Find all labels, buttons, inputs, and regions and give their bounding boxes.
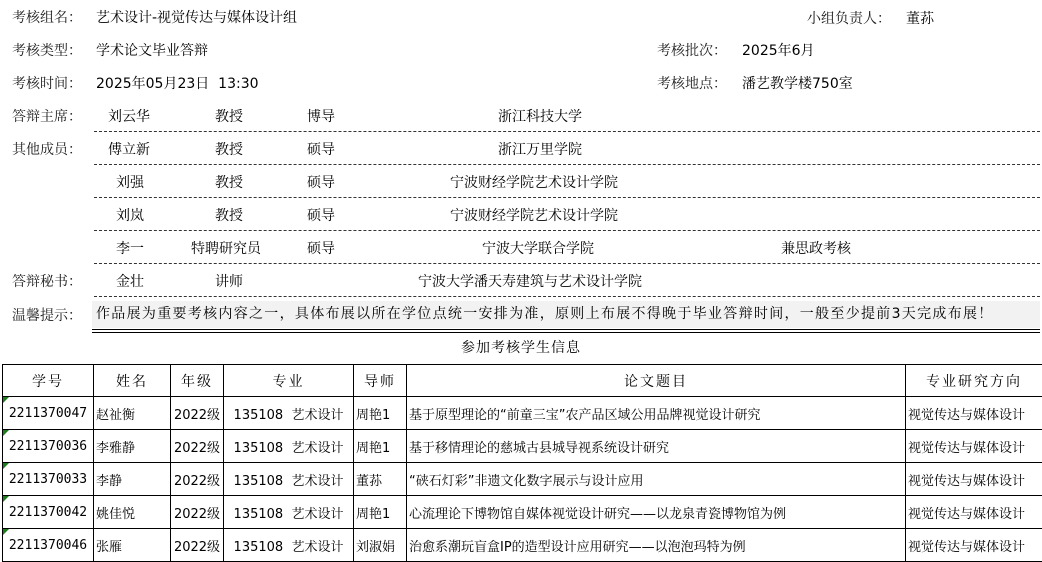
comment-marker-icon bbox=[3, 397, 9, 403]
member-supervisor: 硕导 bbox=[307, 239, 335, 259]
students-table-caption: 参加考核学生信息 bbox=[0, 338, 1042, 358]
col-header-title[interactable]: 论文题目 bbox=[407, 365, 906, 397]
table-header-row: 学号 姓名 年级 专业 导师 论文题目 专业研究方向 bbox=[3, 365, 1042, 397]
cell-student-name[interactable]: 赵祉衡 bbox=[94, 397, 171, 430]
member-title: 教授 bbox=[215, 140, 243, 160]
type-label: 考核类型： bbox=[12, 41, 82, 61]
tip-label: 温馨提示： bbox=[12, 306, 82, 326]
cell-thesis-title[interactable]: 治愈系潮玩盲盒IP的造型设计应用研究——以泡泡玛特为例 bbox=[407, 529, 906, 562]
member-supervisor: 硕导 bbox=[307, 173, 335, 193]
cell-direction[interactable]: 视觉传达与媒体设计 bbox=[906, 430, 1042, 463]
member-note: 兼思政考核 bbox=[781, 239, 851, 259]
member-supervisor: 硕导 bbox=[307, 206, 335, 226]
cell-thesis-title[interactable]: “硖石灯彩”非遗文化数字展示与设计应用 bbox=[407, 463, 906, 496]
cell-grade[interactable]: 2022级 bbox=[171, 496, 224, 529]
cell-advisor[interactable]: 刘淑娟 bbox=[354, 529, 407, 562]
time-value: 2025年05月23日 13:30 bbox=[96, 74, 259, 94]
cell-student-name[interactable]: 姚佳悦 bbox=[94, 496, 171, 529]
cell-direction[interactable]: 视觉传达与媒体设计 bbox=[906, 529, 1042, 562]
cell-major[interactable]: 135108 艺术设计 bbox=[224, 397, 354, 430]
member-org: 浙江万里学院 bbox=[498, 140, 582, 160]
member-title: 教授 bbox=[215, 173, 243, 193]
cell-major[interactable]: 135108 艺术设计 bbox=[224, 430, 354, 463]
cell-student-id[interactable]: 2211370033 bbox=[3, 463, 94, 496]
comment-marker-icon bbox=[3, 529, 9, 535]
member-org: 宁波财经学院艺术设计学院 bbox=[450, 173, 618, 193]
cell-major[interactable]: 135108 艺术设计 bbox=[224, 463, 354, 496]
cell-advisor[interactable]: 周艳1 bbox=[354, 496, 407, 529]
member-title: 教授 bbox=[215, 107, 243, 127]
batch-value: 2025年6月 bbox=[742, 41, 815, 61]
cell-direction[interactable]: 视觉传达与媒体设计 bbox=[906, 463, 1042, 496]
col-header-advisor[interactable]: 导师 bbox=[354, 365, 407, 397]
cell-student-id[interactable]: 2211370042 bbox=[3, 496, 94, 529]
cell-student-name[interactable]: 李静 bbox=[94, 463, 171, 496]
cell-major[interactable]: 135108 艺术设计 bbox=[224, 529, 354, 562]
comment-marker-icon bbox=[3, 463, 9, 469]
member-name: 刘强 bbox=[116, 173, 144, 193]
table-row: 2211370046 张雁 2022级 135108 艺术设计 刘淑娟 治愈系潮… bbox=[3, 529, 1042, 562]
member-name: 李一 bbox=[116, 239, 144, 259]
cell-major[interactable]: 135108 艺术设计 bbox=[224, 496, 354, 529]
place-value: 潘艺教学楼750室 bbox=[742, 74, 853, 94]
place-label: 考核地点： bbox=[657, 74, 727, 94]
col-header-major[interactable]: 专业 bbox=[224, 365, 354, 397]
type-value: 学术论文毕业答辩 bbox=[96, 41, 208, 61]
secretary-name: 金壮 bbox=[116, 272, 144, 292]
dashed-divider bbox=[94, 296, 1040, 297]
cell-grade[interactable]: 2022级 bbox=[171, 529, 224, 562]
cell-direction[interactable]: 视觉传达与媒体设计 bbox=[906, 397, 1042, 430]
group-label: 考核组名： bbox=[12, 8, 82, 28]
batch-label: 考核批次： bbox=[657, 41, 727, 61]
dashed-divider bbox=[94, 230, 1040, 231]
col-header-name[interactable]: 姓名 bbox=[94, 365, 171, 397]
table-row: 2211370042 姚佳悦 2022级 135108 艺术设计 周艳1 心流理… bbox=[3, 496, 1042, 529]
time-label: 考核时间： bbox=[12, 74, 82, 94]
col-header-id[interactable]: 学号 bbox=[3, 365, 94, 397]
member-name: 刘云华 bbox=[108, 107, 150, 127]
tip-text: 作品展为重要考核内容之一，具体布展以所在学位点统一安排为准，原则上布展不得晚于毕… bbox=[96, 303, 994, 325]
secretary-title: 讲师 bbox=[215, 272, 243, 292]
dashed-divider bbox=[94, 263, 1040, 264]
member-org: 浙江科技大学 bbox=[498, 107, 582, 127]
table-row: 2211370036 李雅静 2022级 135108 艺术设计 周艳1 基于移… bbox=[3, 430, 1042, 463]
member-title: 特聘研究员 bbox=[191, 239, 261, 259]
col-header-direction[interactable]: 专业研究方向 bbox=[906, 365, 1042, 397]
member-supervisor: 硕导 bbox=[307, 140, 335, 160]
member-name: 刘岚 bbox=[116, 206, 144, 226]
cell-advisor[interactable]: 周艳1 bbox=[354, 430, 407, 463]
chair-label: 答辩主席： bbox=[12, 107, 82, 127]
double-rule-divider bbox=[92, 329, 1040, 333]
table-row: 2211370047 赵祉衡 2022级 135108 艺术设计 周艳1 基于原… bbox=[3, 397, 1042, 430]
member-name: 傅立新 bbox=[108, 140, 150, 160]
group-value: 艺术设计-视觉传达与媒体设计组 bbox=[96, 8, 297, 28]
dashed-divider bbox=[94, 197, 1040, 198]
member-title: 教授 bbox=[215, 206, 243, 226]
cell-student-name[interactable]: 李雅静 bbox=[94, 430, 171, 463]
cell-grade[interactable]: 2022级 bbox=[171, 463, 224, 496]
cell-student-id[interactable]: 2211370046 bbox=[3, 529, 94, 562]
cell-student-id[interactable]: 2211370047 bbox=[3, 397, 94, 430]
cell-thesis-title[interactable]: 心流理论下博物馆自媒体视觉设计研究——以龙泉青瓷博物馆为例 bbox=[407, 496, 906, 529]
cell-grade[interactable]: 2022级 bbox=[171, 430, 224, 463]
cell-grade[interactable]: 2022级 bbox=[171, 397, 224, 430]
dashed-divider bbox=[94, 131, 1040, 132]
leader-value: 董荪 bbox=[906, 9, 934, 29]
cell-student-id[interactable]: 2211370036 bbox=[3, 430, 94, 463]
members-label: 其他成员： bbox=[12, 140, 82, 160]
secretary-label: 答辩秘书： bbox=[12, 272, 82, 292]
students-table: 学号 姓名 年级 专业 导师 论文题目 专业研究方向 2211370047 赵祉… bbox=[2, 364, 1042, 562]
member-org: 宁波大学联合学院 bbox=[482, 239, 594, 259]
comment-marker-icon bbox=[3, 430, 9, 436]
cell-advisor[interactable]: 周艳1 bbox=[354, 397, 407, 430]
secretary-org: 宁波大学潘天寿建筑与艺术设计学院 bbox=[418, 272, 642, 292]
member-org: 宁波财经学院艺术设计学院 bbox=[450, 206, 618, 226]
col-header-grade[interactable]: 年级 bbox=[171, 365, 224, 397]
cell-direction[interactable]: 视觉传达与媒体设计 bbox=[906, 496, 1042, 529]
leader-label: 小组负责人： bbox=[807, 9, 891, 29]
comment-marker-icon bbox=[3, 496, 9, 502]
member-supervisor: 博导 bbox=[307, 107, 335, 127]
cell-thesis-title[interactable]: 基于移情理论的慈城古县城导视系统设计研究 bbox=[407, 430, 906, 463]
cell-thesis-title[interactable]: 基于原型理论的“前童三宝”农产品区域公用品牌视觉设计研究 bbox=[407, 397, 906, 430]
cell-advisor[interactable]: 董荪 bbox=[354, 463, 407, 496]
cell-student-name[interactable]: 张雁 bbox=[94, 529, 171, 562]
dashed-divider bbox=[94, 164, 1040, 165]
table-row: 2211370033 李静 2022级 135108 艺术设计 董荪 “硖石灯彩… bbox=[3, 463, 1042, 496]
